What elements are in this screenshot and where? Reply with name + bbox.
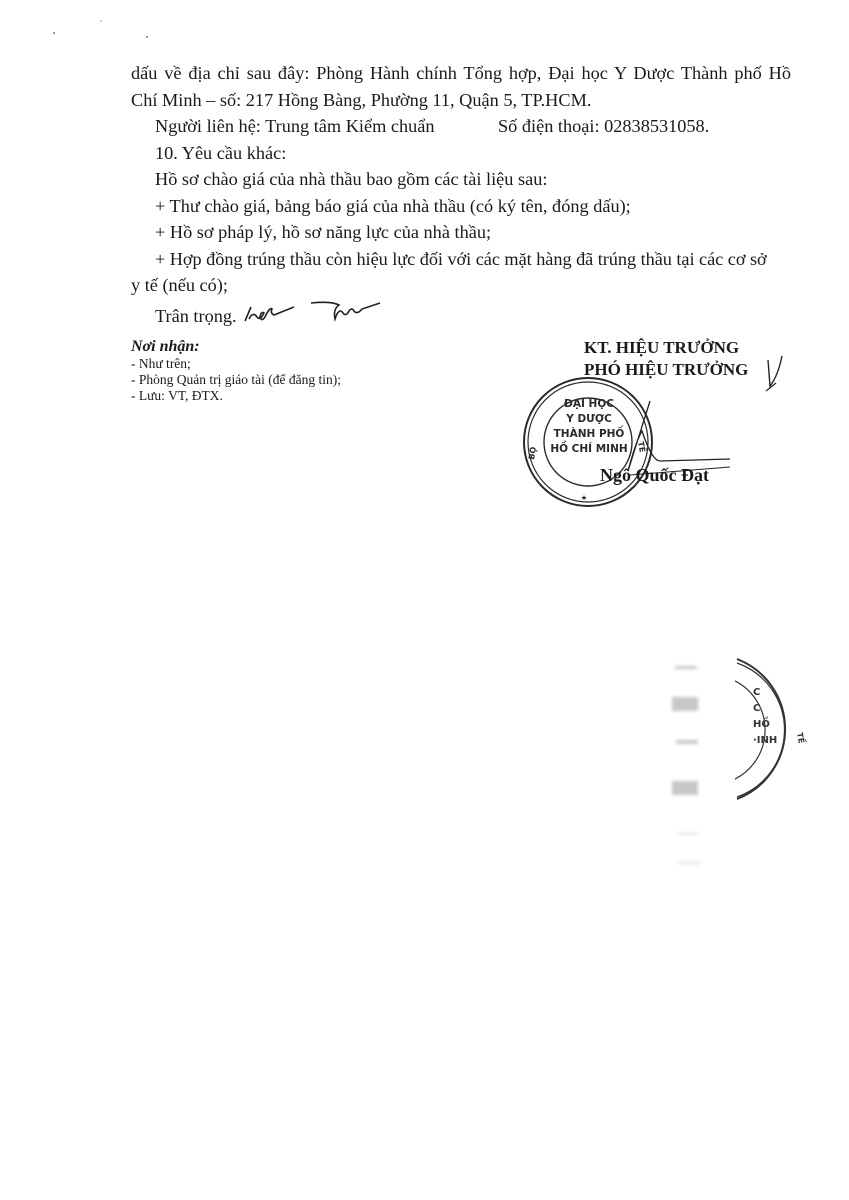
bleed-through-smudge	[676, 740, 698, 744]
recipient-item: - Phòng Quản trị giáo tài (để đăng tin);	[131, 372, 341, 388]
section-10-heading: 10. Yêu cầu khác:	[131, 140, 791, 167]
requirements-intro: Hồ sơ chào giá của nhà thầu bao gồm các …	[131, 166, 791, 193]
phone-number: Số điện thoại: 02838531058.	[498, 113, 709, 140]
requirement-item: + Thư chào giá, bảng báo giá của nhà thầ…	[131, 193, 791, 220]
recipients-title: Nơi nhận:	[131, 338, 341, 356]
address-line-1: dấu về địa chỉ sau đây: Phòng Hành chính…	[131, 60, 791, 87]
signature-block: BỘ TẾ ĐẠI HỌC Y DƯỢC THÀNH PHỐ HỒ CHÍ MI…	[520, 335, 800, 505]
svg-text:TẾ: TẾ	[795, 731, 809, 744]
closing-row: Trân trọng.	[131, 299, 791, 337]
signatory-name: Ngô Quốc Đạt	[600, 465, 709, 486]
scan-speck	[53, 32, 55, 34]
requirement-continuation: y tế (nếu có);	[131, 272, 791, 299]
bleed-through-stamp-icon: TẾ C C HỒ ·INH	[735, 655, 835, 810]
bleed-through-smudge	[678, 833, 698, 835]
address-line-2: Chí Minh – số: 217 Hồng Bàng, Phường 11,…	[131, 87, 791, 114]
bleed-through-smudge	[675, 666, 697, 669]
recipient-item: - Như trên;	[131, 356, 341, 372]
letter-body: dấu về địa chỉ sau đây: Phòng Hành chính…	[131, 60, 791, 336]
recipient-item: - Lưu: VT, ĐTX.	[131, 388, 341, 404]
requirement-item: + Hợp đồng trúng thầu còn hiệu lực đối v…	[131, 246, 791, 273]
bleed-through-stamp-text: C C HỒ ·INH	[753, 685, 777, 749]
requirement-item: + Hồ sơ pháp lý, hồ sơ năng lực của nhà …	[131, 219, 791, 246]
scan-speck	[146, 36, 148, 38]
recipients-block: Nơi nhận: - Như trên; - Phòng Quản trị g…	[131, 338, 341, 404]
scan-speck	[100, 20, 102, 22]
initials-signature-icon	[241, 299, 391, 337]
bleed-through-smudge	[672, 697, 698, 711]
bleed-through-smudge	[678, 862, 700, 864]
document-page: dấu về địa chỉ sau đây: Phòng Hành chính…	[0, 0, 849, 1200]
bleed-through-smudge	[672, 781, 698, 795]
contact-person: Người liên hệ: Trung tâm Kiểm chuẩn	[155, 113, 498, 140]
contact-row: Người liên hệ: Trung tâm Kiểm chuẩn Số đ…	[131, 113, 791, 140]
closing-text: Trân trọng.	[155, 305, 237, 325]
